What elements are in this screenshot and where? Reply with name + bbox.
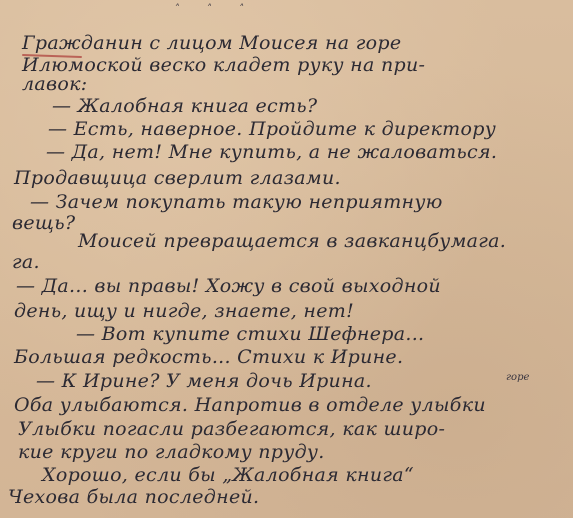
- manuscript-line: день, ищу и нигде, знаете, нет!: [14, 302, 354, 321]
- manuscript-line: лавок:: [22, 75, 87, 94]
- manuscript-line: вещь?: [12, 214, 75, 233]
- manuscript-line: кие круги по гладкому пруду.: [18, 443, 325, 462]
- manuscript-line: Улыбки погасли разбегаются, как широ-: [18, 420, 445, 439]
- manuscript-line: Чехова была последней.: [8, 488, 259, 507]
- manuscript-line: — Есть, наверное. Пройдите к директору: [48, 120, 496, 139]
- manuscript-line: — К Ирине? У меня дочь Ирина.: [36, 372, 372, 391]
- manuscript-line: Моисей превращается в завканцбумага.: [78, 232, 506, 251]
- manuscript-line: — Жалобная книга есть?: [52, 97, 317, 116]
- insertion-annotation: горе: [506, 372, 529, 383]
- manuscript-line: Продавщица сверлит глазами.: [14, 169, 341, 188]
- top-pencil-marks: ˄ ˄ ˄: [175, 4, 256, 15]
- manuscript-line: — Вот купите стихи Шефнера...: [76, 325, 424, 344]
- manuscript-line: Оба улыбаются. Напротив в отделе улыбки: [14, 396, 486, 415]
- manuscript-page: ˄ ˄ ˄ Гражданин с лицом Моисея на горе И…: [0, 0, 573, 518]
- manuscript-line: Хорошо, если бы „Жалобная книга“: [42, 466, 414, 485]
- manuscript-line: га.: [12, 253, 40, 272]
- manuscript-line: Большая редкость... Стихи к Ирине.: [14, 348, 403, 367]
- manuscript-line: Гражданин с лицом Моисея на горе: [22, 34, 401, 53]
- manuscript-line: — Да, нет! Мне купить, а не жаловаться.: [46, 143, 497, 162]
- manuscript-line: — Да... вы правы! Хожу в свой выходной: [16, 277, 441, 296]
- manuscript-line: — Зачем покупать такую неприятную: [30, 193, 443, 212]
